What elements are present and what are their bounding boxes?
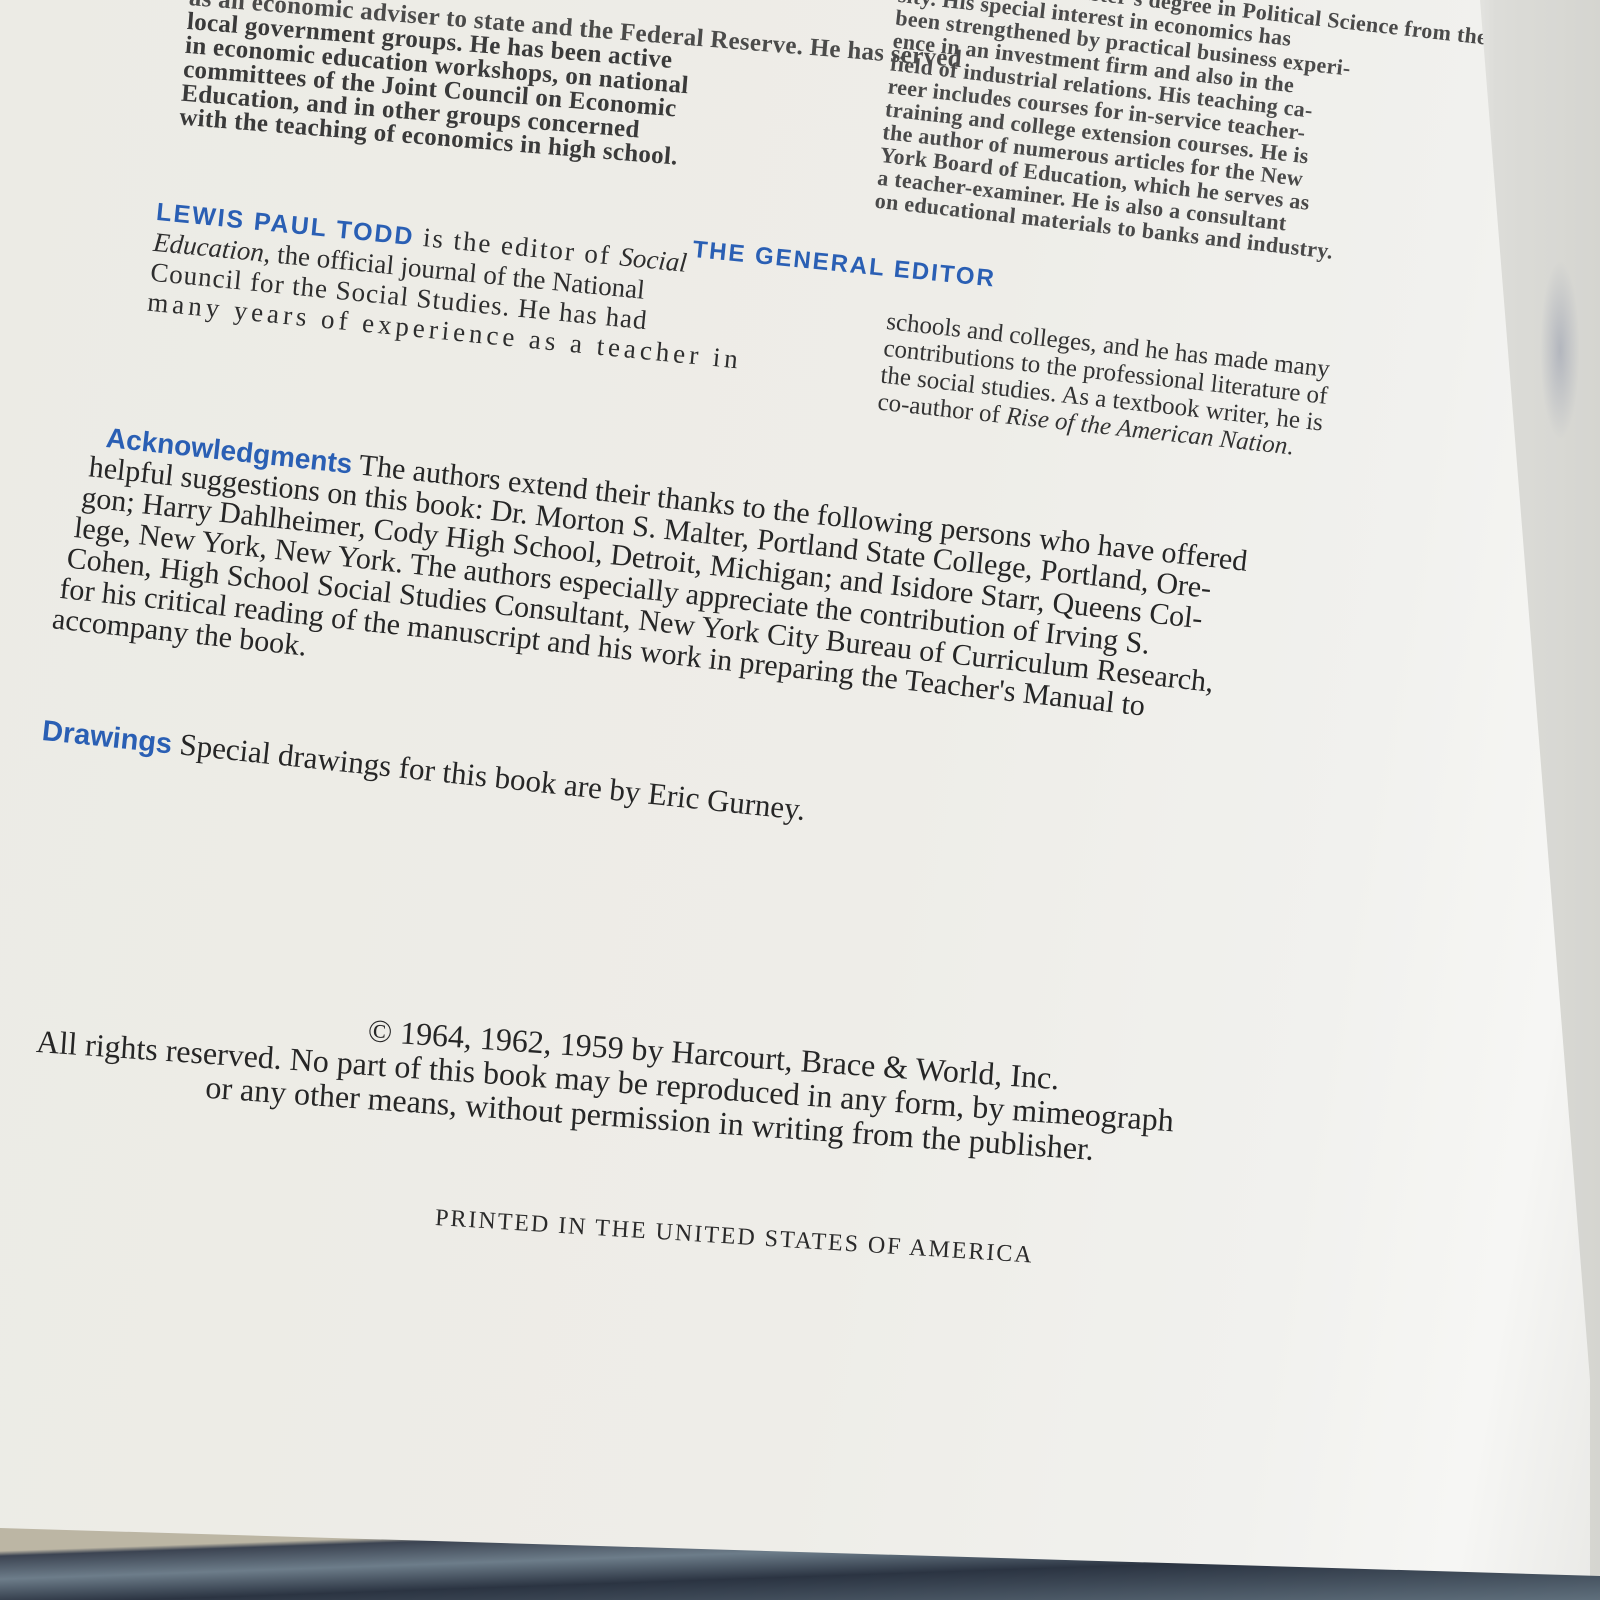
book-cover-edge [0, 1528, 1600, 1600]
drawings-text: Special drawings for this book are by Er… [170, 726, 807, 827]
general-editor-right: schools and colleges, and he has made ma… [876, 308, 1331, 464]
drawings-heading: Drawings [41, 715, 174, 760]
book-page: as an economic adviser to state and the … [0, 0, 1600, 1600]
printed-in-line: PRINTED IN THE UNITED STATES OF AMERICA [434, 1205, 1034, 1270]
acknowledgments-section: Acknowledgments The authors extend their… [85, 422, 1249, 762]
general-editor-left: LEWIS PAUL TODD is the editor of Social … [146, 196, 752, 375]
drawings-line: Drawings Special drawings for this book … [41, 714, 808, 827]
ink-smudge [1540, 260, 1580, 440]
left-column-bio: as an economic adviser to state and the … [178, 0, 827, 181]
drawings-section: Drawings Special drawings for this book … [41, 714, 808, 827]
copyright-section: © 1964, 1962, 1959 by Harcourt, Brace & … [33, 990, 1177, 1171]
